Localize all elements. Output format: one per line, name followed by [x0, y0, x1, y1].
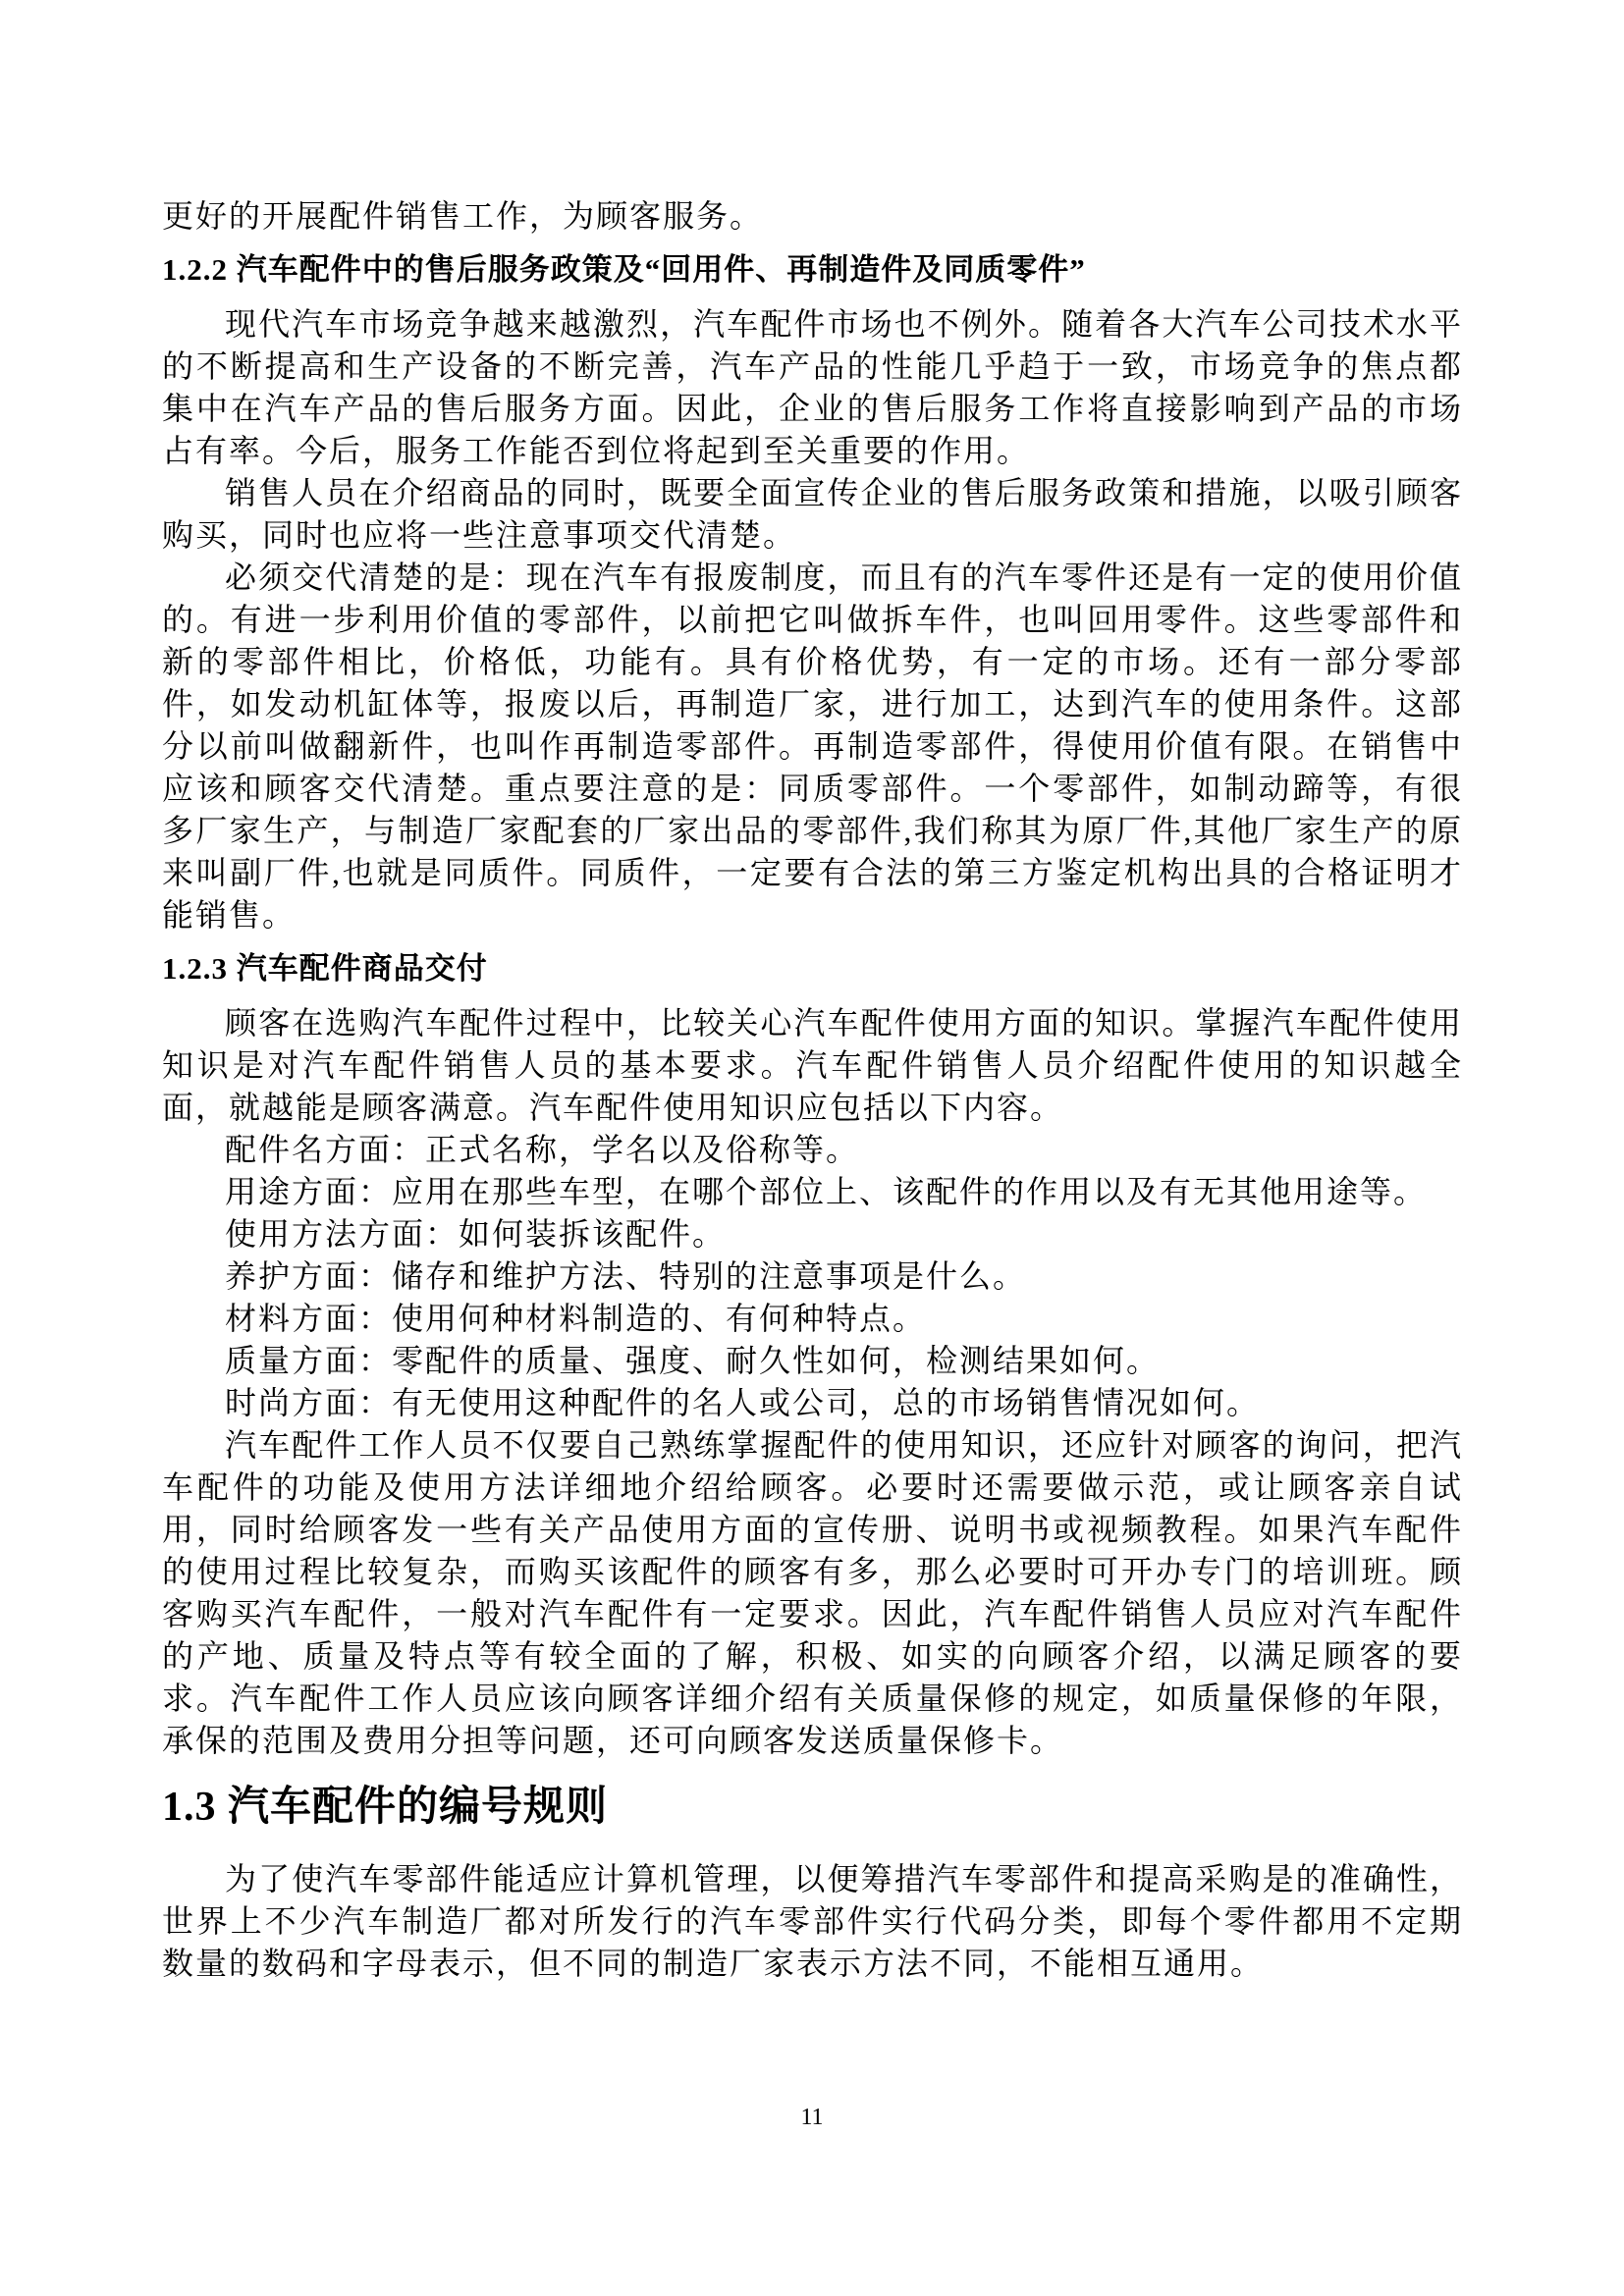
heading-1-3: 1.3 汽车配件的编号规则 [162, 1782, 1463, 1833]
paragraph-sales-staff: 销售人员在介绍商品的同时，既要全面宣传企业的售后服务政策和措施，以吸引顾客购买，… [162, 472, 1463, 557]
paragraph-customer-knowledge: 顾客在选购汽车配件过程中，比较关心汽车配件使用方面的知识。掌握汽车配件使用知识是… [162, 1002, 1463, 1129]
document-content: 更好的开展配件销售工作，为顾客服务。 1.2.2 汽车配件中的售后服务政策及“回… [162, 195, 1463, 1985]
page-number: 11 [0, 2103, 1624, 2132]
list-item-maintenance: 养护方面：储存和维护方法、特别的注意事项是什么。 [162, 1255, 1463, 1298]
list-item-quality: 质量方面：零配件的质量、强度、耐久性如何，检测结果如何。 [162, 1340, 1463, 1382]
paragraph-staff-duties: 汽车配件工作人员不仅要自己熟练掌握配件的使用知识，还应针对顾客的询问，把汽车配件… [162, 1424, 1463, 1762]
list-item-fashion: 时尚方面：有无使用这种配件的名人或公司，总的市场销售情况如何。 [162, 1382, 1463, 1424]
list-item-part-name: 配件名方面：正式名称，学名以及俗称等。 [162, 1129, 1463, 1171]
paragraph-numbering-rules: 为了使汽车零部件能适应计算机管理，以便筹措汽车零部件和提高采购是的准确性，世界上… [162, 1858, 1463, 1985]
heading-1-2-3: 1.2.3 汽车配件商品交付 [162, 947, 1463, 990]
document-page: 更好的开展配件销售工作，为顾客服务。 1.2.2 汽车配件中的售后服务政策及“回… [0, 0, 1624, 2296]
paragraph-market-competition: 现代汽车市场竞争越来越激烈，汽车配件市场也不例外。随着各大汽车公司技术水平的不断… [162, 303, 1463, 472]
heading-1-2-2: 1.2.2 汽车配件中的售后服务政策及“回用件、再制造件及同质零件” [162, 248, 1463, 292]
paragraph-scrap-policy: 必须交代清楚的是：现在汽车有报废制度，而且有的汽车零件还是有一定的使用价值的。有… [162, 557, 1463, 936]
list-item-usage: 用途方面：应用在那些车型，在哪个部位上、该配件的作用以及有无其他用途等。 [162, 1171, 1463, 1213]
continuation-paragraph: 更好的开展配件销售工作，为顾客服务。 [162, 195, 1463, 238]
list-item-method: 使用方法方面：如何装拆该配件。 [162, 1213, 1463, 1255]
list-item-material: 材料方面：使用何种材料制造的、有何种特点。 [162, 1298, 1463, 1340]
